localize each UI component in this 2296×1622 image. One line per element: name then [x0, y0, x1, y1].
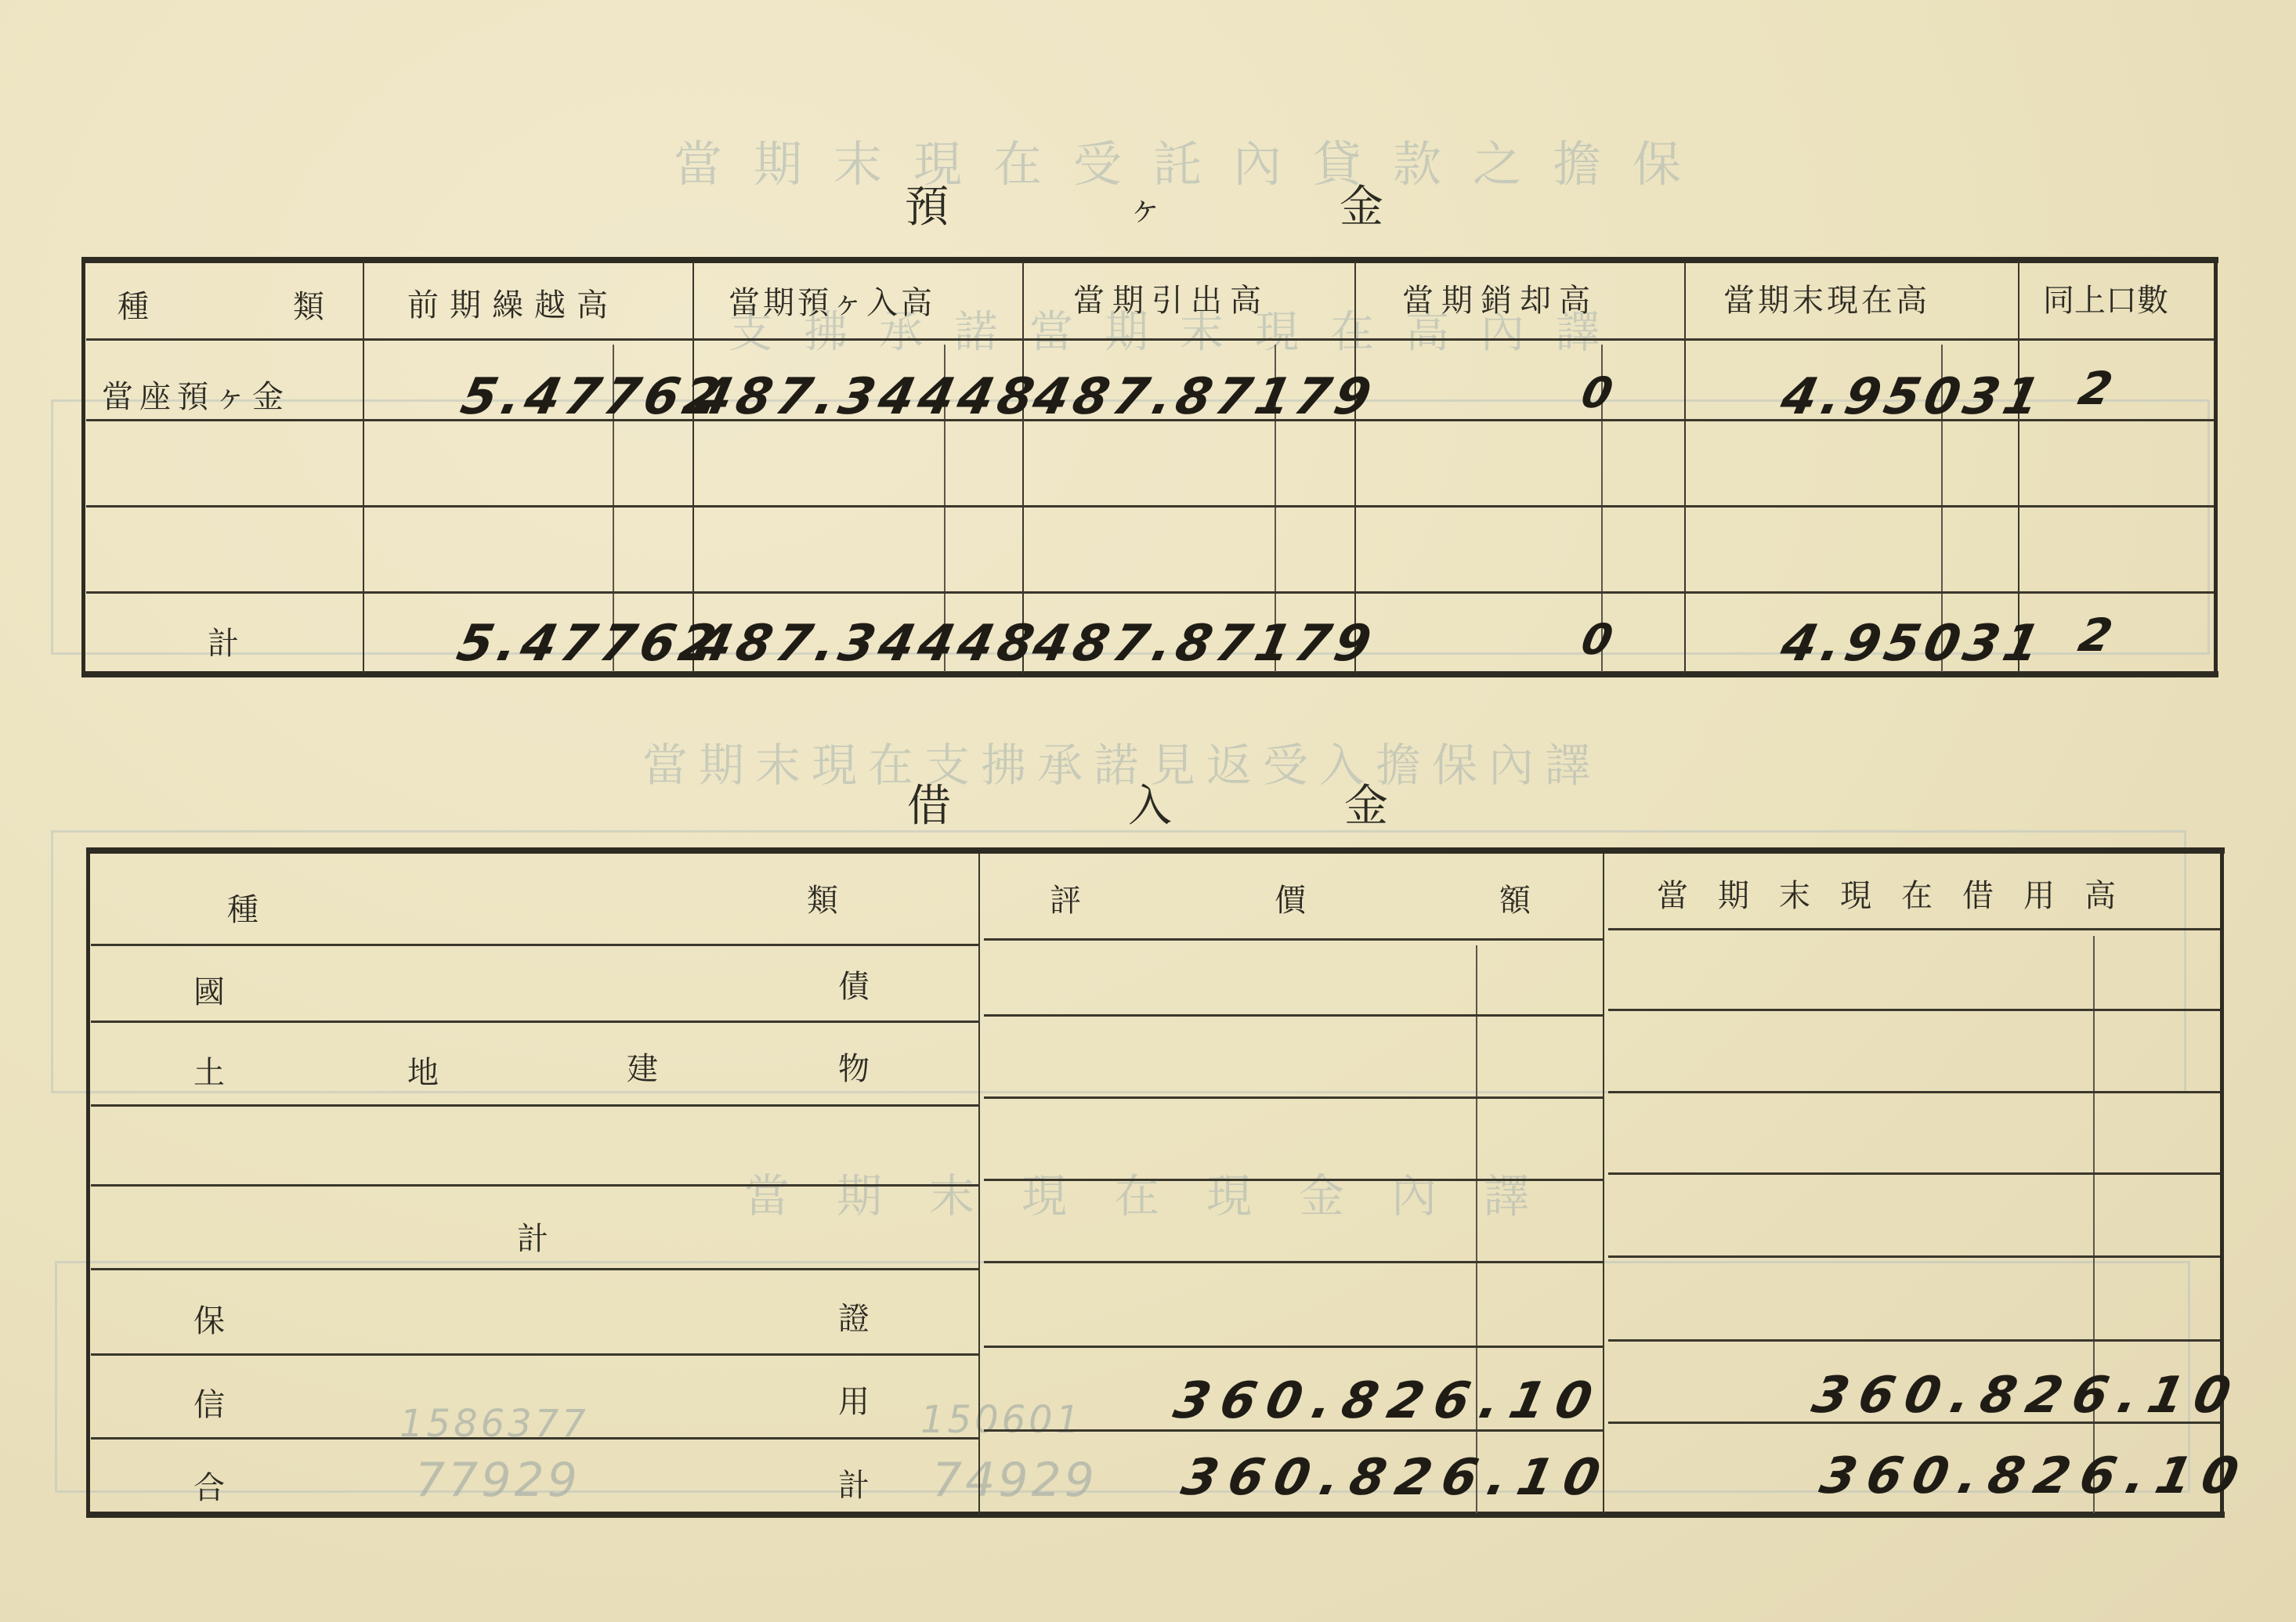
row-label: 債 — [838, 962, 874, 1006]
row-label: 保 — [193, 1296, 230, 1341]
row-label: 土 — [193, 1048, 230, 1093]
header-valuation: 評價額 — [1050, 876, 1535, 920]
row-label: 國 — [193, 967, 230, 1012]
row-label: 信 — [193, 1380, 230, 1425]
subtotal-label: 計 — [517, 1214, 553, 1259]
row-label: 合 — [193, 1463, 230, 1508]
credit-current-borrowed: 360.826.10 — [1807, 1367, 2247, 1425]
total-valuation: 360.826.10 — [1177, 1449, 1616, 1507]
row-label: 計 — [838, 1461, 874, 1505]
borrowings-table: 種 類 評價額 當期末現在借用高 國 債 土 地 建 物 計 保 證 信 用 3… — [0, 0, 2296, 1622]
header-current-borrowed: 當期末現在借用高 — [1657, 871, 2146, 916]
row-label: 地 — [407, 1048, 443, 1093]
total-current-borrowed: 360.826.10 — [1815, 1447, 2254, 1505]
row-label: 用 — [838, 1377, 874, 1422]
row-label: 物 — [838, 1044, 874, 1089]
row-label: 證 — [838, 1294, 874, 1338]
header-kind-2: 類 — [807, 876, 843, 920]
credit-valuation: 360.826.10 — [1169, 1372, 1608, 1430]
row-label: 建 — [627, 1044, 663, 1089]
header-kind-1: 種 — [227, 885, 263, 930]
